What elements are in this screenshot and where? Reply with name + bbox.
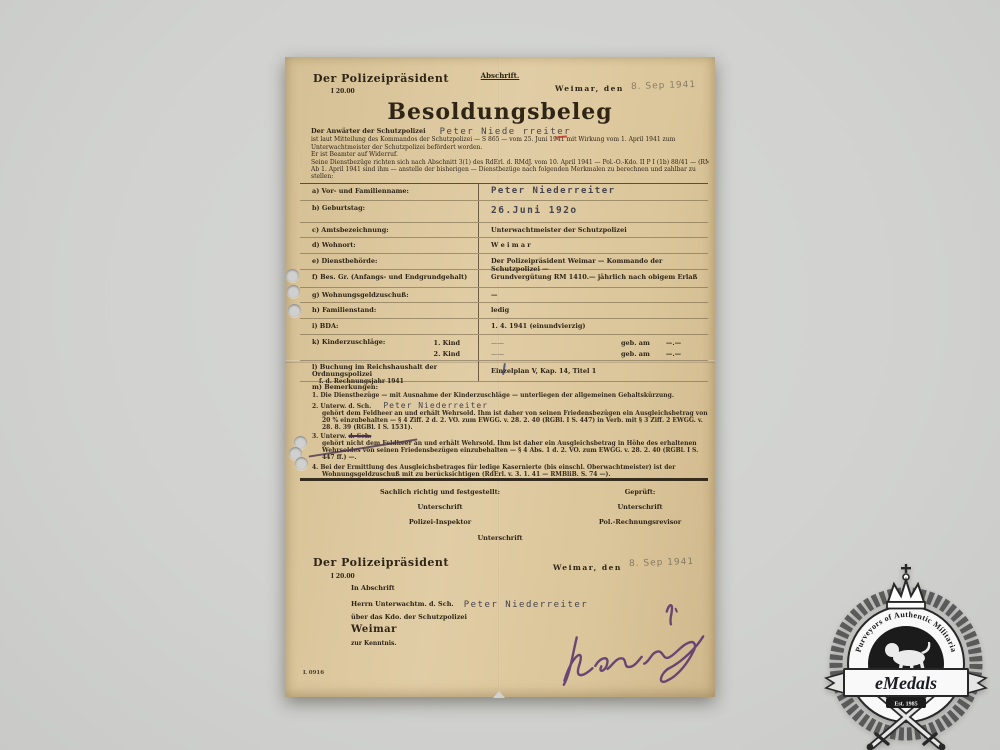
footer-place-date-label: Weimar, den bbox=[553, 563, 622, 572]
row-value: ledig bbox=[478, 303, 708, 318]
certify-center-sign: Unterschrift bbox=[285, 534, 715, 542]
row-label: h) Familienstand: bbox=[300, 303, 478, 318]
footer-note: zur Kenntnis. bbox=[351, 640, 397, 647]
row-label: b) Geburtstag: bbox=[300, 201, 478, 222]
footer-addressee-line: Herrn Unterwachtm. d. Sch. Peter Niederr… bbox=[351, 598, 588, 608]
footer-city: Weimar bbox=[351, 624, 397, 635]
item2-text: gehört dem Feldheer an und erhält Wehrso… bbox=[322, 410, 708, 431]
row-label: d) Wohnort: bbox=[300, 238, 478, 253]
emedals-watermark-logo: Purveyors of Authentic Militaria eMed bbox=[818, 558, 994, 750]
kind-2-label: 2. Kind bbox=[434, 349, 460, 360]
footer-copy-note: In Abschrift bbox=[351, 584, 395, 592]
row-value: —— geb. am —.— —— geb. am —.— bbox=[478, 335, 708, 360]
brand-banner: eMedals bbox=[826, 669, 986, 696]
table-row: f) Bes. Gr. (Anfangs- und Endgrundgehalt… bbox=[300, 270, 708, 288]
paper-notch bbox=[493, 691, 505, 698]
row-label: g) Wohnungsgeldzuschuß: bbox=[300, 288, 478, 302]
kind-numbers: 1. Kind 2. Kind bbox=[434, 338, 474, 360]
issuer-code: I 20.00 bbox=[331, 88, 355, 95]
kind-2-value: —— bbox=[491, 349, 537, 360]
row-value: 1. 4. 1941 (einundvierzig) bbox=[478, 319, 708, 334]
row-label: l) Buchung im Reichshaushalt der Ordnung… bbox=[300, 361, 478, 381]
place-date-label: Weimar, den bbox=[555, 84, 624, 93]
handwritten-signature bbox=[546, 594, 734, 704]
row-value: — bbox=[478, 288, 708, 302]
row-label: f) Bes. Gr. (Anfangs- und Endgrundgehalt… bbox=[300, 270, 478, 287]
intro-line: Ab 1. April 1941 sind ihm — anstelle der… bbox=[311, 166, 709, 181]
row-label: e) Dienstbehörde: bbox=[300, 254, 478, 269]
table-row-kinderzuschlaege: k) Kinderzuschläge: 1. Kind 2. Kind —— g… bbox=[300, 335, 708, 361]
section-divider-rule bbox=[300, 478, 708, 481]
table-row-buchung: l) Buchung im Reichshaushalt der Ordnung… bbox=[300, 361, 708, 382]
document-page: Der Polizeipräsident I 20.00 Abschrift. … bbox=[285, 57, 715, 697]
bemerkung-item-3: 3. Unterw. d. Sch. gehört nicht dem Feld… bbox=[300, 434, 708, 462]
kinder-label: k) Kinderzuschläge: bbox=[312, 338, 385, 360]
photo-stage: Der Polizeipräsident I 20.00 Abschrift. … bbox=[0, 0, 1000, 750]
intro-paragraph: Der Anwärter der Schutzpolizei Peter Nie… bbox=[311, 128, 709, 181]
salary-form-table: a) Vor- und Familienname: Peter Niederre… bbox=[300, 183, 708, 382]
footer-via-line: über das Kdo. der Schutzpolizei bbox=[351, 613, 467, 621]
geb-am-label: geb. am bbox=[621, 349, 650, 360]
buchung-value: Einzelplan V, Kap. 14, Titel 1 bbox=[491, 367, 596, 375]
punch-hole bbox=[287, 285, 300, 298]
kind-1-value: —— bbox=[491, 338, 537, 349]
established-badge: Est. 1985 bbox=[886, 698, 926, 708]
crown-icon bbox=[887, 564, 925, 609]
bemerkung-item-4: 4. Bei der Ermittlung des Ausgleichsbetr… bbox=[300, 465, 708, 479]
certify-right-sign: Unterschrift bbox=[575, 503, 705, 511]
anwarter-name-typed: Peter Niede rreiter bbox=[440, 129, 571, 136]
punch-hole bbox=[286, 269, 299, 282]
certify-right-role: Pol.-Rechnungsrevisor bbox=[575, 518, 705, 526]
footer-issuer: Der Polizeipräsident bbox=[313, 556, 449, 569]
row-label: a) Vor- und Familienname: bbox=[300, 184, 478, 200]
kind-1-label: 1. Kind bbox=[434, 338, 460, 349]
intro-line: Er ist Beamter auf Widerruf. bbox=[311, 151, 709, 158]
addressee-label: Herrn Unterwachtm. d. Sch. bbox=[351, 600, 454, 608]
intro-line: ist laut Mitteilung des Kommandos der Sc… bbox=[311, 136, 709, 151]
table-row: b) Geburtstag: 26.Juni 192o bbox=[300, 201, 708, 223]
bemerkung-item-2: 2. Unterw. d. Sch. Peter Niederreiter ge… bbox=[300, 403, 708, 432]
footer-date-stamp: 8. Sep 1941 bbox=[629, 557, 694, 569]
table-row: i) BDA: 1. 4. 1941 (einundvierzig) bbox=[300, 319, 708, 335]
row-value: W e i m a r bbox=[478, 238, 708, 253]
row-label: k) Kinderzuschläge: 1. Kind 2. Kind bbox=[300, 335, 478, 360]
row-value: Der Polizeipräsident Weimar — Kommando d… bbox=[478, 254, 708, 269]
row-value: 26.Juni 192o bbox=[478, 201, 708, 222]
established-text: Est. 1985 bbox=[894, 702, 917, 708]
date-stamp: 8. Sep 1941 bbox=[631, 80, 696, 92]
geb-am-value: —.— bbox=[666, 338, 696, 349]
geb-am-label: geb. am bbox=[621, 338, 650, 349]
table-row: a) Vor- und Familienname: Peter Niederre… bbox=[300, 184, 708, 201]
certify-right-column: Geprüft: Unterschrift Pol.-Rechnungsrevi… bbox=[575, 488, 705, 533]
bemerkungen-section: m) Bemerkungen: 1. Die Dienstbezüge — mi… bbox=[300, 384, 708, 482]
bemerkungen-heading: m) Bemerkungen: bbox=[300, 384, 708, 391]
row-value: Unterwachtmeister der Schutzpolizei bbox=[478, 223, 708, 237]
row-label: i) BDA: bbox=[300, 319, 478, 334]
document-title: Besoldungsbeleg bbox=[285, 99, 715, 125]
bemerkung-item-1: 1. Die Dienstbezüge — mit Ausnahme der K… bbox=[300, 393, 708, 400]
table-row: g) Wohnungsgeldzuschuß: — bbox=[300, 288, 708, 303]
row-value: Peter Niederreiter bbox=[478, 184, 708, 200]
certify-right-title: Geprüft: bbox=[575, 488, 705, 496]
certify-left-role: Polizei-Inspektor bbox=[340, 518, 540, 526]
table-row: e) Dienstbehörde: Der Polizeipräsident W… bbox=[300, 254, 708, 270]
row-value: Grundvergütung RM 1410.— jährlich nach o… bbox=[478, 270, 708, 287]
certify-left-sign: Unterschrift bbox=[340, 503, 540, 511]
item2-typed-name: Peter Niederreiter bbox=[383, 401, 488, 410]
row-label: c) Amtsbezeichnung: bbox=[300, 223, 478, 237]
table-row: d) Wohnort: W e i m a r bbox=[300, 238, 708, 254]
geb-am-value: —.— bbox=[666, 349, 696, 360]
form-print-code: L 0916 bbox=[303, 670, 324, 676]
table-row: h) Familienstand: ledig bbox=[300, 303, 708, 319]
certify-left-column: Sachlich richtig und festgestellt: Unter… bbox=[340, 488, 540, 533]
anwarter-label: Der Anwärter der Schutzpolizei bbox=[311, 128, 426, 135]
intro-line: Seine Dienstbezüge richten sich nach Abs… bbox=[311, 159, 709, 166]
certify-left-title: Sachlich richtig und festgestellt: bbox=[340, 488, 540, 496]
table-row: c) Amtsbezeichnung: Unterwachtmeister de… bbox=[300, 223, 708, 238]
footer-issuer-code: I 20.00 bbox=[331, 573, 355, 580]
brand-name: eMedals bbox=[875, 673, 937, 693]
buchung-label-line1: l) Buchung im Reichshaushalt der Ordnung… bbox=[312, 364, 474, 378]
copy-label: Abschrift. bbox=[285, 71, 715, 80]
row-value: Einzelplan V, Kap. 14, Titel 1 bbox=[478, 361, 708, 381]
